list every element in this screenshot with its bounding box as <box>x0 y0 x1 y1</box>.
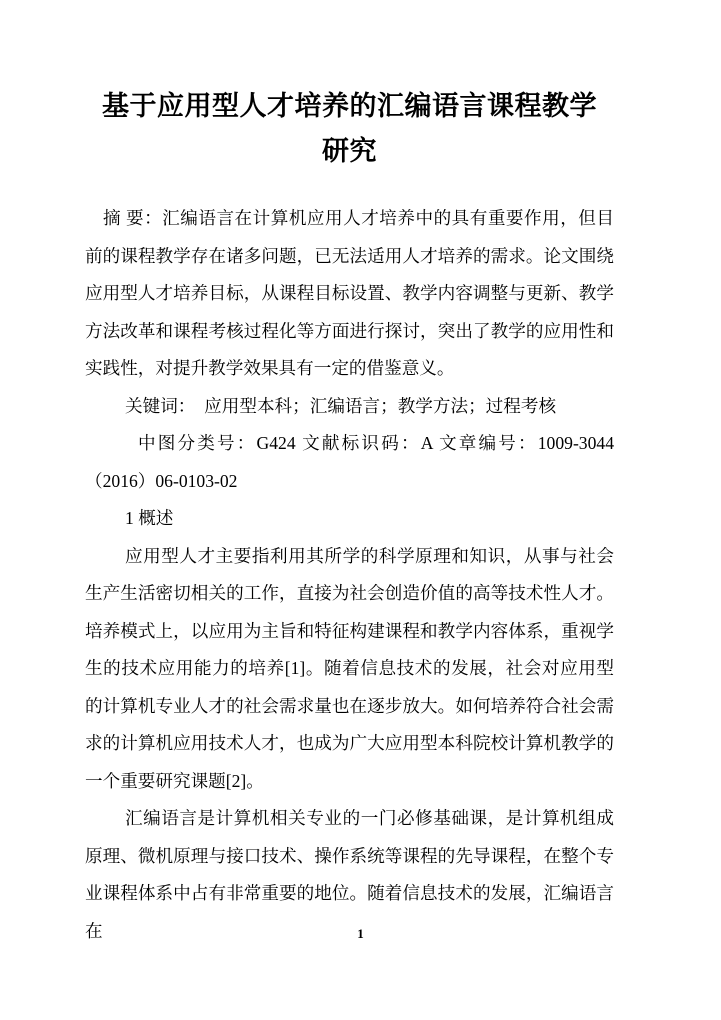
section-heading-1: 1 概述 <box>85 500 614 538</box>
keywords-line: 关键词： 应用型本科；汇编语言；教学方法；过程考核 <box>85 388 614 426</box>
paper-title: 基于应用型人才培养的汇编语言课程教学 研究 <box>85 84 614 174</box>
document-page: 基于应用型人才培养的汇编语言课程教学 研究 摘 要：汇编语言在计算机应用人才培养… <box>0 0 721 1020</box>
page-number: 1 <box>0 926 721 942</box>
paper-title-line2: 研究 <box>85 129 614 174</box>
classification-line: 中图分类号：G424 文献标识码：A 文章编号：1009-3044（2016）0… <box>85 425 614 500</box>
body-paragraph-1: 应用型人才主要指利用其所学的科学原理和知识，从事与社会生产生活密切相关的工作，直… <box>85 538 614 801</box>
document-content: 基于应用型人才培养的汇编语言课程教学 研究 摘 要：汇编语言在计算机应用人才培养… <box>85 84 614 950</box>
paragraphs-container: 摘 要：汇编语言在计算机应用人才培养中的具有重要作用，但目前的课程教学存在诸多问… <box>85 200 614 950</box>
abstract-paragraph: 摘 要：汇编语言在计算机应用人才培养中的具有重要作用，但目前的课程教学存在诸多问… <box>85 200 614 388</box>
paper-title-line1: 基于应用型人才培养的汇编语言课程教学 <box>85 84 614 129</box>
